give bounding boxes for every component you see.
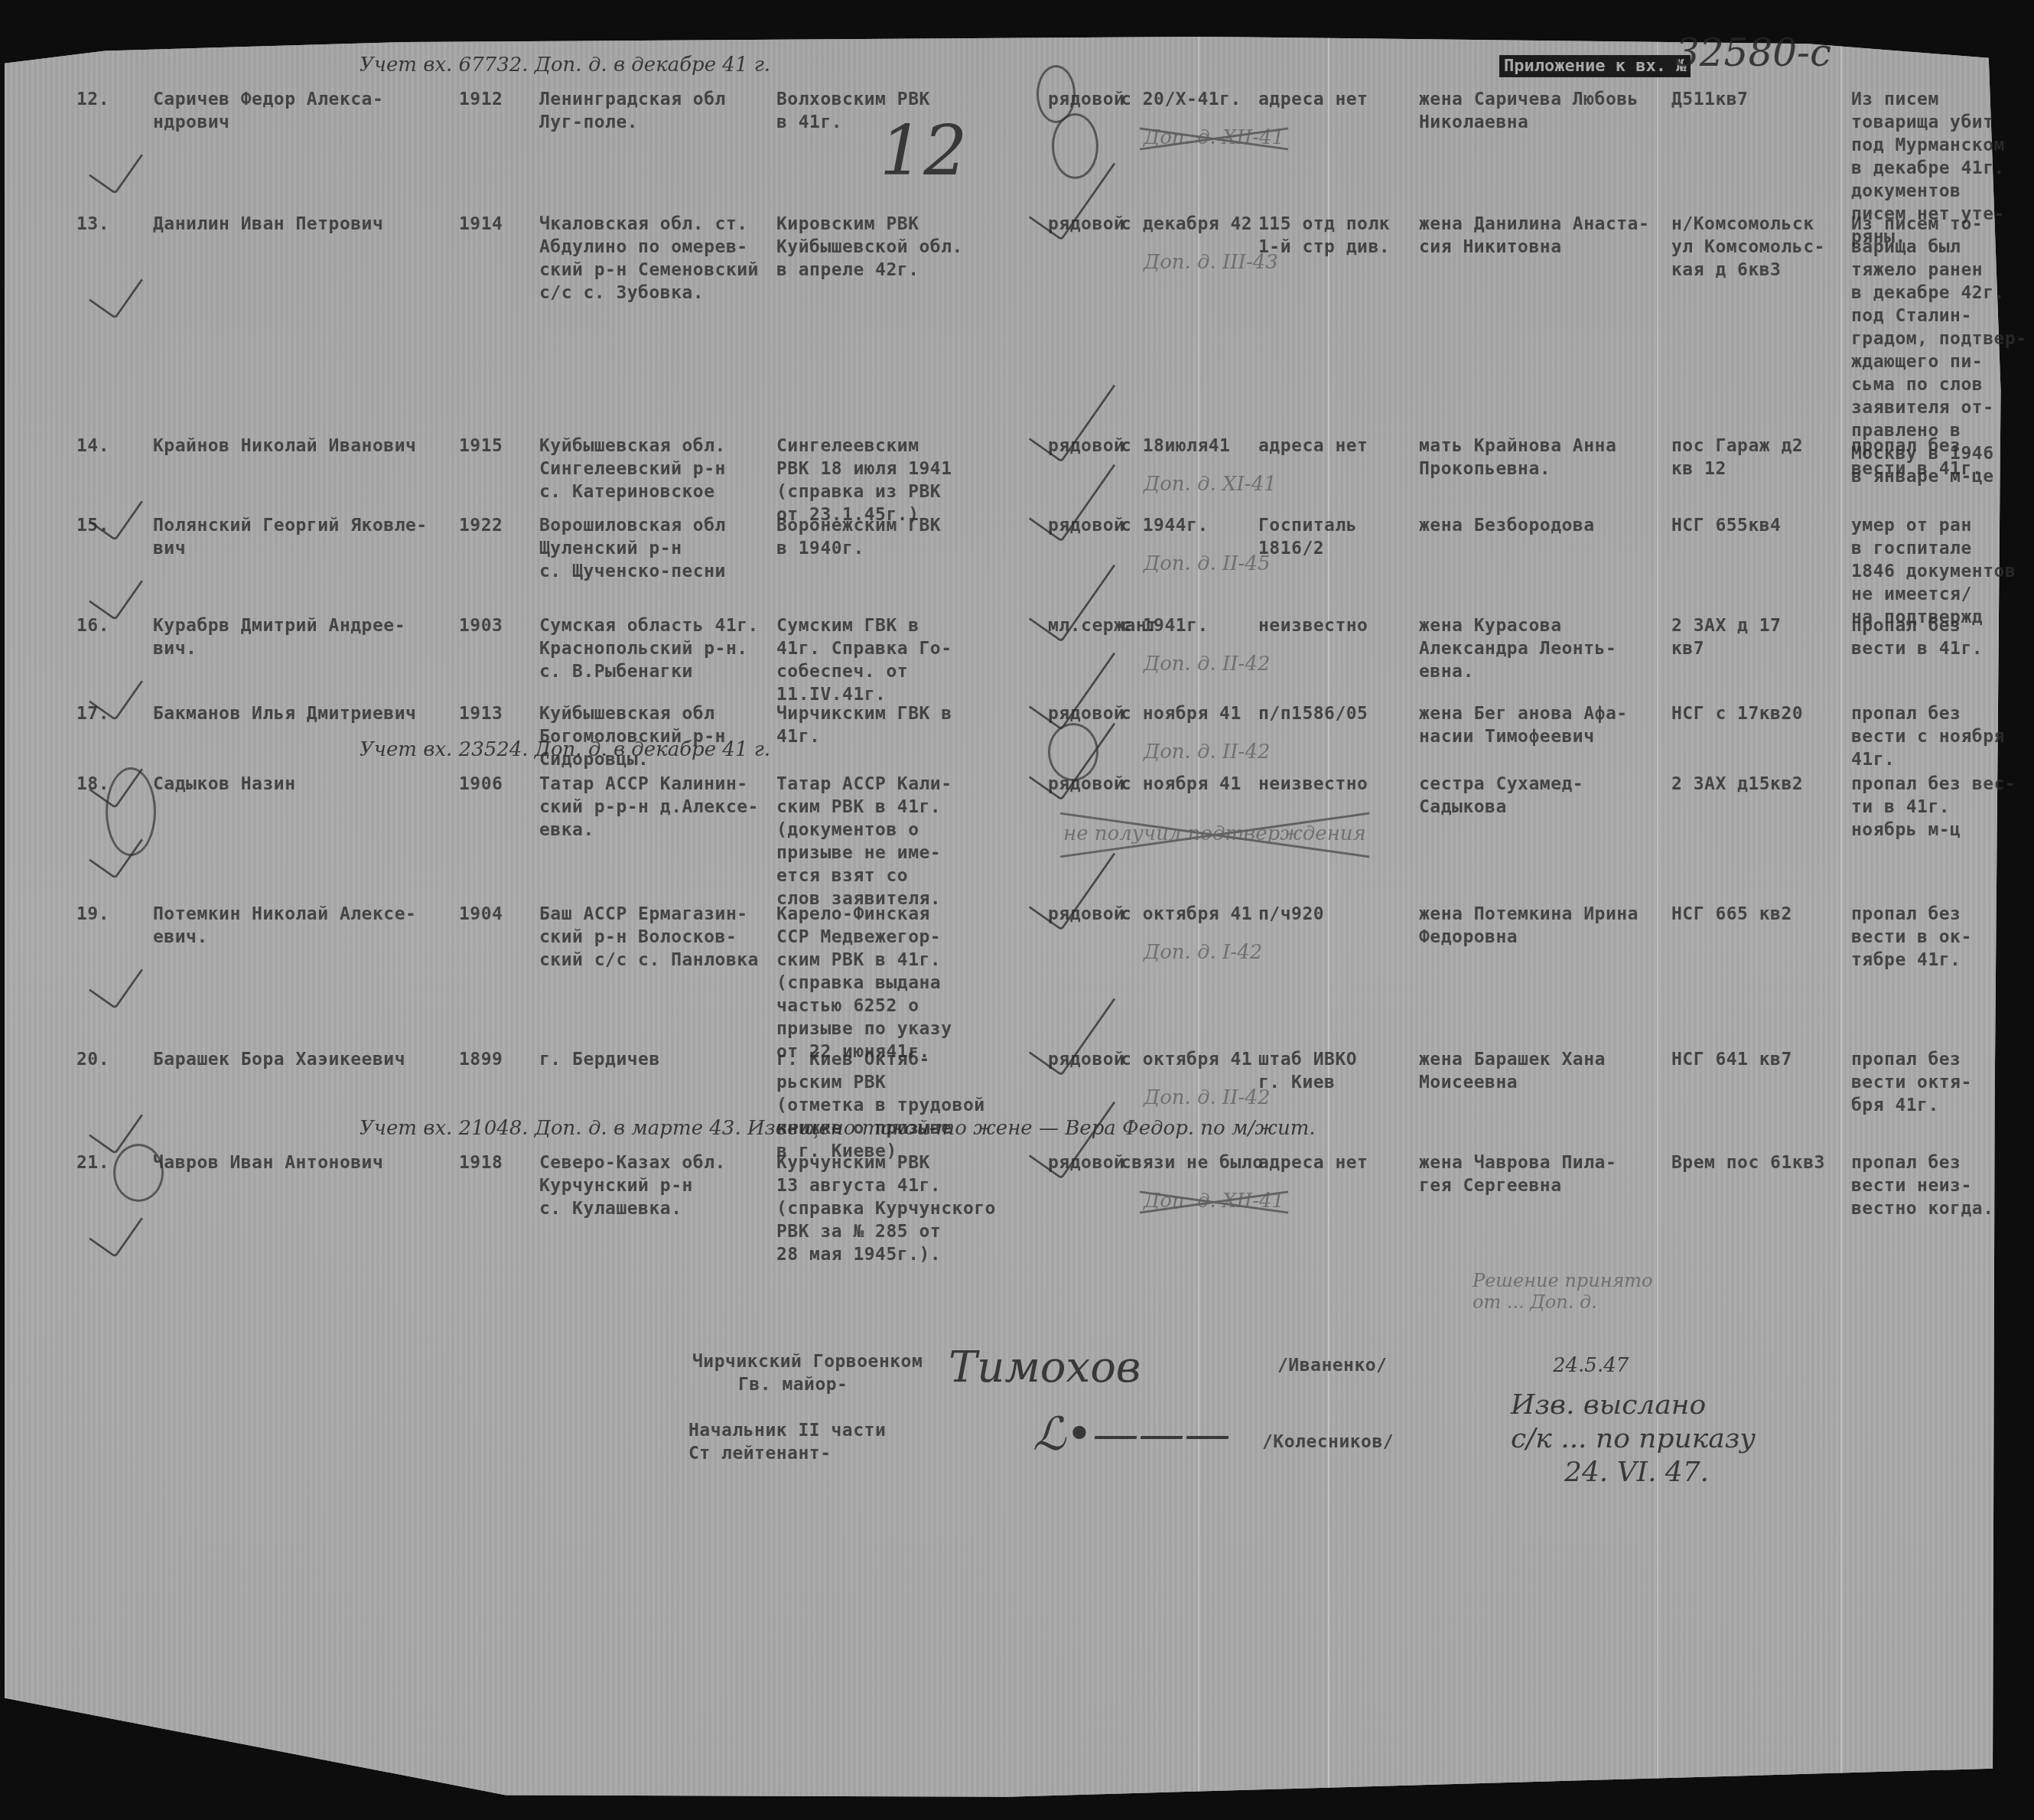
relative: Николаевна <box>1419 111 1528 134</box>
last-contact-note: Доп. д. II-42 <box>1144 1086 1270 1109</box>
draft-office: 13 августа 41г. <box>776 1174 941 1197</box>
status-notes: заявителя от- <box>1851 396 1994 419</box>
last-contact: с 20/X-41г. <box>1121 88 1242 111</box>
birth-year: 1915 <box>459 435 503 457</box>
draft-office: ССР Медвежегор- <box>776 926 941 949</box>
status-notes: ждающего пи- <box>1851 350 1983 373</box>
last-contact: связи не было <box>1121 1151 1264 1174</box>
last-contact-note: Доп. д. II-45 <box>1144 552 1270 575</box>
birthplace: Чкаловская обл. ст. <box>539 213 748 236</box>
birthplace: евка. <box>539 819 594 842</box>
home-address: 2 ЗАХ д 17 <box>1671 614 1781 637</box>
home-address: 2 ЗАХ д15кв2 <box>1671 773 1803 796</box>
unit: п/п1586/05 <box>1258 702 1368 725</box>
unit: п/ч920 <box>1258 903 1324 926</box>
unit: 1-й стр див. <box>1258 236 1390 259</box>
birthplace: Луг-поле. <box>539 111 638 134</box>
relative: Александра Леонть- <box>1419 637 1616 660</box>
soldier-name: Крайнов Николай Иванович <box>153 435 416 457</box>
draft-office: (документов о <box>776 819 919 842</box>
row-number: 16. <box>76 614 109 637</box>
unit: штаб ИВКО <box>1258 1048 1357 1071</box>
birthplace: с/с с. Зубовка. <box>539 282 704 304</box>
draft-office: Воронежским ГВК <box>776 514 941 537</box>
unit: неизвестно <box>1258 614 1368 637</box>
birth-year: 1903 <box>459 614 503 637</box>
last-contact: с 18июля41 <box>1121 435 1230 457</box>
draft-office: 28 мая 1945г.). <box>776 1243 941 1266</box>
birthplace: Татар АССР Калинин- <box>539 773 748 796</box>
draft-office: (справка выдана <box>776 972 941 995</box>
birthplace: Баш АССР Ермагазин- <box>539 903 748 926</box>
birthplace: Куйбышевская обл. <box>539 435 726 457</box>
birthplace: Куйбышевская обл <box>539 702 715 725</box>
row-number: 21. <box>76 1151 109 1174</box>
relative: жена Барашек Хана <box>1419 1048 1606 1071</box>
status-notes: Из писем <box>1851 88 1939 111</box>
draft-office: РВК за № 285 от <box>776 1220 941 1243</box>
archive-number: 32580-с <box>1675 31 1831 75</box>
birth-year: 1899 <box>459 1048 503 1071</box>
fold-line <box>1328 37 1329 1804</box>
birthplace: Сумская область 41г. <box>539 614 759 637</box>
unit: г. Киев <box>1258 1071 1335 1094</box>
relative: жена Потемкина Ирина <box>1419 903 1639 926</box>
home-address: Д511кв7 <box>1671 88 1748 111</box>
relative: жена Безбородова <box>1419 514 1595 537</box>
margin-mark: 12 <box>880 111 968 191</box>
status-notes: под Сталин- <box>1851 304 1972 327</box>
relative: насии Тимофеевич <box>1419 725 1595 748</box>
status-notes: вести в ок- <box>1851 926 1972 949</box>
status-notes: вести неиз- <box>1851 1174 1972 1197</box>
soldier-name: вич <box>153 537 186 560</box>
status-notes: вести октя- <box>1851 1071 1972 1094</box>
birthplace: ский р-н Волосков- <box>539 926 737 949</box>
status-notes: вести в 41г. <box>1851 637 1983 660</box>
row-number: 20. <box>76 1048 109 1071</box>
fold-line <box>1840 37 1842 1804</box>
draft-office: ским РВК в 41г. <box>776 796 941 819</box>
status-notes: не имеется/ <box>1851 583 1972 606</box>
unit: 1816/2 <box>1258 537 1324 560</box>
draft-office: призыве по указу <box>776 1017 952 1040</box>
draft-office: ским РВК в 41г. <box>776 949 941 972</box>
draft-office: собеспеч. от <box>776 660 908 683</box>
birth-year: 1912 <box>459 88 503 111</box>
status-notes: вестно когда. <box>1851 1197 1994 1220</box>
relative: жена Чаврова Пила- <box>1419 1151 1616 1174</box>
handwritten-annotation: Учет вх. 67732. Доп. д. в декабре 41 г. <box>360 54 770 77</box>
draft-office: (отметка в трудовой <box>776 1094 985 1117</box>
home-address: НСГ с 17кв20 <box>1671 702 1803 725</box>
birth-year: 1906 <box>459 773 503 796</box>
birth-year: 1913 <box>459 702 503 725</box>
relative: жена Бег анова Афа- <box>1419 702 1628 725</box>
birthplace: с. Кулашевка. <box>539 1197 682 1220</box>
birthplace: Северо-Казах обл. <box>539 1151 726 1174</box>
unit: 115 отд полк <box>1258 213 1390 236</box>
home-address: Врем пос 61кв3 <box>1671 1151 1825 1174</box>
home-address: н/Комсомольск <box>1671 213 1814 236</box>
status-notes: пропал без <box>1851 903 1961 926</box>
draft-office: (справка Курчунского <box>776 1197 996 1220</box>
signature-mark-1: Тимохов <box>949 1343 1141 1392</box>
circle-mark-icon <box>113 1144 164 1202</box>
last-contact: с ноября 41 <box>1121 773 1242 796</box>
last-contact: с октября 41 <box>1121 1048 1252 1071</box>
home-address: пос Гараж д2 <box>1671 435 1803 457</box>
draft-office: в апреле 42г. <box>776 259 919 282</box>
draft-office: Сингелеевским <box>776 435 919 457</box>
status-notes: пропал без <box>1851 614 1961 637</box>
status-notes: ти в 41г. <box>1851 796 1950 819</box>
birthplace: Краснопольский р-н. <box>539 637 748 660</box>
last-contact-note: не получил подтверждения <box>1063 822 1366 845</box>
birthplace: Абдулино по омерев- <box>539 236 748 259</box>
pencil-note: Решение принято от ... Доп. д. <box>1473 1270 1653 1313</box>
relative: Моисеевна <box>1419 1071 1518 1094</box>
signature-name-1: /Иваненко/ <box>1277 1354 1387 1377</box>
status-notes: пропал без вес- <box>1851 773 2016 796</box>
relative: мать Крайнова Анна <box>1419 435 1616 457</box>
soldier-name: ндрович <box>153 111 229 134</box>
draft-office: (справка из РВК <box>776 480 941 503</box>
draft-office: в 1940г. <box>776 537 864 560</box>
draft-office: в 41г. <box>776 111 842 134</box>
draft-office: РВК 18 июля 1941 <box>776 457 952 480</box>
relative: евна. <box>1419 660 1474 683</box>
birthplace: Курчунский р-н <box>539 1174 693 1197</box>
signature-name-2: /Колесников/ <box>1262 1431 1394 1454</box>
row-number: 12. <box>76 88 109 111</box>
home-address: НСГ 655кв4 <box>1671 514 1781 537</box>
soldier-name: Данилин Иван Петрович <box>153 213 383 236</box>
soldier-name: Барашек Бора Хаэикеевич <box>153 1048 405 1071</box>
soldier-name: Садыков Назин <box>153 773 296 796</box>
relative: Садыкова <box>1419 796 1507 819</box>
status-notes: умер от ран <box>1851 514 1972 537</box>
draft-office: рьским РВК <box>776 1071 886 1094</box>
draft-office: Чирчикским ГВК в <box>776 702 952 725</box>
status-notes: тяжело ранен <box>1851 259 1983 282</box>
status-notes: тябре 41г. <box>1851 949 1961 972</box>
relative: Прокопьевна. <box>1419 457 1551 480</box>
handwritten-date: 24.5.47 <box>1553 1354 1629 1377</box>
status-notes: в декабре 41г. <box>1851 157 2005 180</box>
home-address: НСГ 665 кв2 <box>1671 903 1792 926</box>
handwritten-annotation: Учет вх. 23524. Доп. д. в декабре 41 г. <box>360 738 770 761</box>
circle-mark-icon <box>1048 723 1098 781</box>
draft-office: Сумским ГВК в <box>776 614 919 637</box>
relative: жена Саричева Любовь <box>1419 88 1639 111</box>
status-notes: ноябрь м-ц <box>1851 819 1961 842</box>
birthplace: с. Щученско-песни <box>539 560 726 583</box>
relative: Федоровна <box>1419 926 1518 949</box>
status-notes: градом, подтвер- <box>1851 327 2027 350</box>
row-number: 17. <box>76 702 109 725</box>
last-contact: с ноября 41 <box>1121 702 1242 725</box>
soldier-name: Курабрв Дмитрий Андрее- <box>153 614 405 637</box>
status-notes: варища был <box>1851 236 1961 259</box>
status-notes: пропал без <box>1851 702 1961 725</box>
status-notes: в декабре 42г. <box>1851 282 2005 304</box>
birthplace: ский р-р-н д.Алексе- <box>539 796 759 819</box>
last-contact-note: Доп. д. XII-41 <box>1144 126 1284 149</box>
status-notes: пропал без <box>1851 1048 1961 1071</box>
last-contact: с 1944г. <box>1121 514 1209 537</box>
status-notes: вести в 41г. <box>1851 457 1983 480</box>
signature-title-1: Чирчикский Горвоенком Гв. майор- <box>692 1350 923 1396</box>
draft-office: Карело-Финская <box>776 903 930 926</box>
row-number: 13. <box>76 213 109 236</box>
soldier-name: вич. <box>153 637 197 660</box>
status-notes: Из писем то- <box>1851 213 1983 236</box>
unit: адреса нет <box>1258 435 1368 457</box>
draft-office: призыве не име- <box>776 842 941 864</box>
fold-line <box>1657 37 1658 1804</box>
status-notes: бря 41г. <box>1851 1094 1939 1117</box>
last-contact-note: Доп. д. I-42 <box>1144 941 1262 964</box>
status-notes: в госпитале <box>1851 537 1972 560</box>
home-address: ул Комсомольс- <box>1671 236 1825 259</box>
row-number: 18. <box>76 773 109 796</box>
handwritten-annotation: Учет вх. 21048. Доп. д. в марте 43. Изве… <box>360 1117 1316 1140</box>
soldier-name: евич. <box>153 926 208 949</box>
draft-office: частью 6252 о <box>776 995 919 1017</box>
last-contact-note: Доп. д. XI-41 <box>1144 473 1277 496</box>
last-contact-note: Доп. д. II-42 <box>1144 741 1270 763</box>
birthplace: Щуленский р-н <box>539 537 682 560</box>
draft-office: Кировским РВК <box>776 213 919 236</box>
home-address: кая д 6кв3 <box>1671 259 1781 282</box>
birthplace: г. Бердичев <box>539 1048 660 1071</box>
draft-office: 41г. <box>776 725 820 748</box>
status-notes: сьма по слов <box>1851 373 1983 396</box>
soldier-name: Саричев Федор Алекса- <box>153 88 383 111</box>
row-number: 15. <box>76 514 109 537</box>
status-notes: пропал без <box>1851 435 1961 457</box>
birthplace: с. Катериновское <box>539 480 715 503</box>
last-contact: с 1941г. <box>1121 614 1209 637</box>
draft-office: Курчунским РВК <box>776 1151 930 1174</box>
circle-mark-icon <box>1037 65 1076 123</box>
birthplace: Сингелеевский р-н <box>539 457 726 480</box>
birthplace: ский с/с с. Панловка <box>539 949 759 972</box>
last-contact-note: Доп. д. XII-41 <box>1144 1190 1284 1213</box>
status-notes: документов <box>1851 180 1961 203</box>
handwritten-note: Изв. выслано с/к ... по приказу 24. VI. … <box>1511 1389 1756 1490</box>
birth-year: 1914 <box>459 213 503 236</box>
status-notes: товарища убит <box>1851 111 1994 134</box>
draft-office: Волховским РВК <box>776 88 930 111</box>
status-notes: вести с ноября <box>1851 725 2005 748</box>
birthplace: Ленинградская обл <box>539 88 726 111</box>
draft-office: 41г. Справка Го- <box>776 637 952 660</box>
status-notes: под Мурманском <box>1851 134 2005 157</box>
relative: сия Никитовна <box>1419 236 1562 259</box>
birth-year: 1918 <box>459 1151 503 1174</box>
draft-office: Татар АССР Кали- <box>776 773 952 796</box>
signature-mark-2: ℒ•——— <box>1033 1408 1231 1461</box>
status-notes: 1846 документов <box>1851 560 2016 583</box>
status-notes: пропал без <box>1851 1151 1961 1174</box>
soldier-name: Бакманов Илья Дмитриевич <box>153 702 416 725</box>
relative: жена Курасова <box>1419 614 1562 637</box>
birthplace: Ворошиловская обл <box>539 514 726 537</box>
last-contact: с декабря 42 <box>1121 213 1252 236</box>
circle-mark-icon <box>106 767 156 856</box>
circle-mark-icon <box>1052 113 1098 179</box>
home-address: НСГ 641 кв7 <box>1671 1048 1792 1071</box>
soldier-name: Потемкин Николай Алексе- <box>153 903 416 926</box>
relative: гея Сергеевна <box>1419 1174 1562 1197</box>
row-number: 19. <box>76 903 109 926</box>
status-notes: 41г. <box>1851 748 1895 771</box>
signature-title-2: Начальник II части Ст лейтенант- <box>688 1419 886 1465</box>
last-contact: с октября 41 <box>1121 903 1252 926</box>
birthplace: с. В.Рыбенагки <box>539 660 693 683</box>
unit: адреса нет <box>1258 1151 1368 1174</box>
unit: адреса нет <box>1258 88 1368 111</box>
draft-office: ется взят со <box>776 864 908 887</box>
birth-year: 1922 <box>459 514 503 537</box>
unit: неизвестно <box>1258 773 1368 796</box>
birth-year: 1904 <box>459 903 503 926</box>
last-contact-note: Доп. д. II-42 <box>1144 653 1270 676</box>
birthplace: ский р-н Семеновский <box>539 259 759 282</box>
relative: жена Данилина Анаста- <box>1419 213 1649 236</box>
row-number: 14. <box>76 435 109 457</box>
draft-office: Куйбышевской обл. <box>776 236 963 259</box>
soldier-name: Чавров Иван Антонович <box>153 1151 383 1174</box>
draft-office: г. Киев Октяб- <box>776 1048 930 1071</box>
home-address: кв7 <box>1671 637 1704 660</box>
relative: сестра Сухамед- <box>1419 773 1583 796</box>
soldier-name: Полянский Георгий Яковле- <box>153 514 428 537</box>
unit: Госпиталь <box>1258 514 1357 537</box>
home-address: кв 12 <box>1671 457 1726 480</box>
incoming-stamp: Приложение к вх. № <box>1499 55 1691 77</box>
